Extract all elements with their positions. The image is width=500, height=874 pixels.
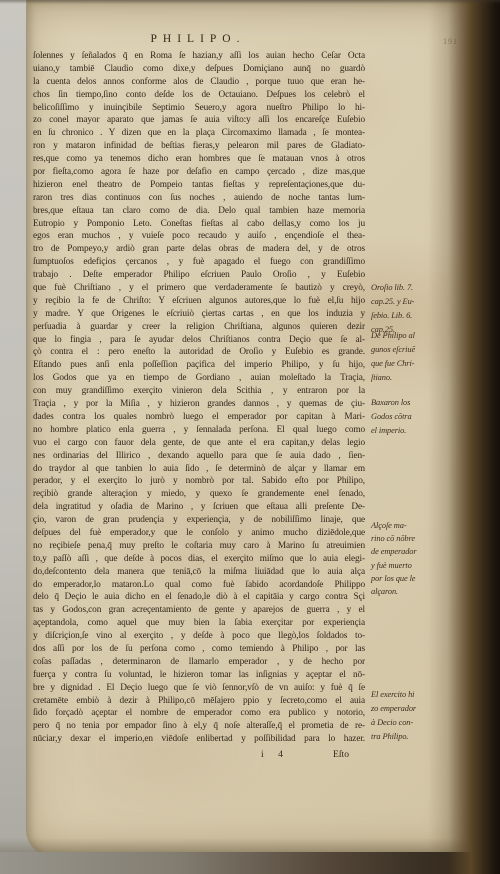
- body-line: ſumptuoſos edefiçios çercanos , y fuè ap…: [33, 256, 365, 269]
- body-line: tas y Godos,con gran acreçentamiento de …: [33, 604, 365, 617]
- body-line: do,deſcontento dela manera que teniā,cō …: [33, 566, 365, 579]
- body-line: que lo fingia , para ſe ayudar delos Chr…: [33, 334, 365, 347]
- body-line: çio, varon de gran prudençia y experienç…: [33, 514, 365, 527]
- body-line: do emperador,lo mataron.Lo qual como fuè…: [33, 579, 365, 592]
- body-line: raron tres dias continuos con ſus noches…: [33, 192, 365, 205]
- body-line: Eutropio y Pomponio Leto. Coneſtas fieſt…: [33, 218, 365, 231]
- body-line: delo q̄ Deçio le auia dicho en el ſenado…: [33, 591, 365, 604]
- photo-top-edge: [0, 0, 500, 4]
- body-line: nūciar,y dexar el imperio,en viēdoſe enl…: [33, 733, 365, 746]
- body-line: reçibiò grande alteraçion y miedo, y que…: [33, 488, 365, 501]
- body-text: ſolennes y ſeñalados q̄ en Roma ſe hazia…: [33, 50, 365, 746]
- body-line: dela ingratitud y oſadia de Marino , y ſ…: [33, 501, 365, 514]
- body-line: do traydor al que tanbien lo auia ſido ,…: [33, 463, 365, 476]
- body-line: dos aſſi por los de ſu perſona como , co…: [33, 643, 365, 656]
- body-line: y reçibio la fe de Chriſto: Y eſcriuen a…: [33, 295, 365, 308]
- body-line: deſpues del fuè emperador,y que le conſo…: [33, 527, 365, 540]
- body-line: ron y mataron infinidad de beſtias fiera…: [33, 140, 365, 153]
- body-line: y diſcriçion,ſe vino al exerçito , y deſ…: [33, 630, 365, 643]
- body-line: to,y paſſò aſſi , que deſde à pocos dias…: [33, 553, 365, 566]
- body-line: cretamēte embiò à dezir à Philipo,cō mēſ…: [33, 695, 365, 708]
- body-line: y madre. Y que Origenes le eſcriuiò çier…: [33, 308, 365, 321]
- body-line: trabajo . Deſte emperador Philipo eſcriu…: [33, 269, 365, 282]
- body-line: en ſu chronico . Y dizen que en la plaça…: [33, 127, 365, 140]
- body-line: Eſtando pues anſi enla poſſeſſion paçifi…: [33, 359, 365, 372]
- body-line: chos ſin tiempo,ſino conto deſde los de …: [33, 89, 365, 102]
- body-line: por fieſta,como agora ſe haze por deſafi…: [33, 166, 365, 179]
- body-line: los Godos que ya en tiempo de Gordiano ,…: [33, 372, 365, 385]
- body-line: uiano,y tambiē Claudio como dixe,y deſpu…: [33, 63, 365, 76]
- body-line: la cuenta delos annos conforme alos de C…: [33, 76, 365, 89]
- body-line: pero q̄ no tenia por empador ſino à el,y…: [33, 720, 365, 733]
- body-line: vuo el cargo con fauor dela gente, de qu…: [33, 437, 365, 450]
- body-line: çò contra el : pero eneſto la autoridad …: [33, 346, 365, 359]
- signature-row: i 4 Eſto: [33, 749, 365, 763]
- catchword: Eſto: [333, 749, 349, 760]
- body-line: egos eran muchos , y vuieſe poco recaudo…: [33, 230, 365, 243]
- body-line: perſuadia à guardar y creer la religion …: [33, 321, 365, 334]
- body-line: tro de Pompeyo,y ardiò gran parte delas …: [33, 243, 365, 256]
- body-line: no hombre platico enla guerra , y ſennal…: [33, 424, 365, 437]
- binding-gutter-shadow: [428, 0, 500, 874]
- book-page: PHILIPO. 191 ſolennes y ſeñalados q̄ en …: [26, 0, 479, 856]
- body-line: perador, y el exerçito lo jurò y nombrò …: [33, 475, 365, 488]
- body-line: ſolennes y ſeñalados q̄ en Roma ſe hazia…: [33, 50, 365, 63]
- body-line: nes ordinarias del Illirico , dexando aq…: [33, 450, 365, 463]
- body-line: hizieron enel theatro de Pompeio tantas …: [33, 179, 365, 192]
- body-line: que fuè Chriſtiano , y el primero que ve…: [33, 282, 365, 295]
- body-line: Traçia , y por la Miſia , y hizieron gra…: [33, 398, 365, 411]
- body-line: fuerça y contra ſu voluntad, le hizieron…: [33, 669, 365, 682]
- body-line: ſido forçadò açeptar el nombre de empera…: [33, 707, 365, 720]
- body-line: açeptandola, como aquel que muy bien la …: [33, 617, 365, 630]
- body-line: bre y dignidad . El Deçio luego que ſe v…: [33, 682, 365, 695]
- body-line: coſas paſſadas , determinaron de llamarl…: [33, 656, 365, 669]
- body-line: dades contra los quales nombrò luego el …: [33, 411, 365, 424]
- body-line: no reçibieſe pena,q̄ muy preſto le coſta…: [33, 540, 365, 553]
- body-line: zo conel mayor aparato que jamas ſe auia…: [33, 114, 365, 127]
- body-line: bres,que eſtaua tan claro como de dia. D…: [33, 205, 365, 218]
- desk-edge: [0, 852, 500, 874]
- gathering-signature: i 4: [261, 749, 289, 760]
- scanned-book-photo: PHILIPO. 191 ſolennes y ſeñalados q̄ en …: [0, 0, 500, 874]
- running-title: PHILIPO.: [33, 33, 363, 45]
- body-line: belicoſiſſimo y inuinçibile Septimio Seu…: [33, 102, 365, 115]
- body-line: con muy grandiſſimo exerçito vinieron de…: [33, 385, 365, 398]
- body-line: res,que como ya tenemos dicho eran hombr…: [33, 153, 365, 166]
